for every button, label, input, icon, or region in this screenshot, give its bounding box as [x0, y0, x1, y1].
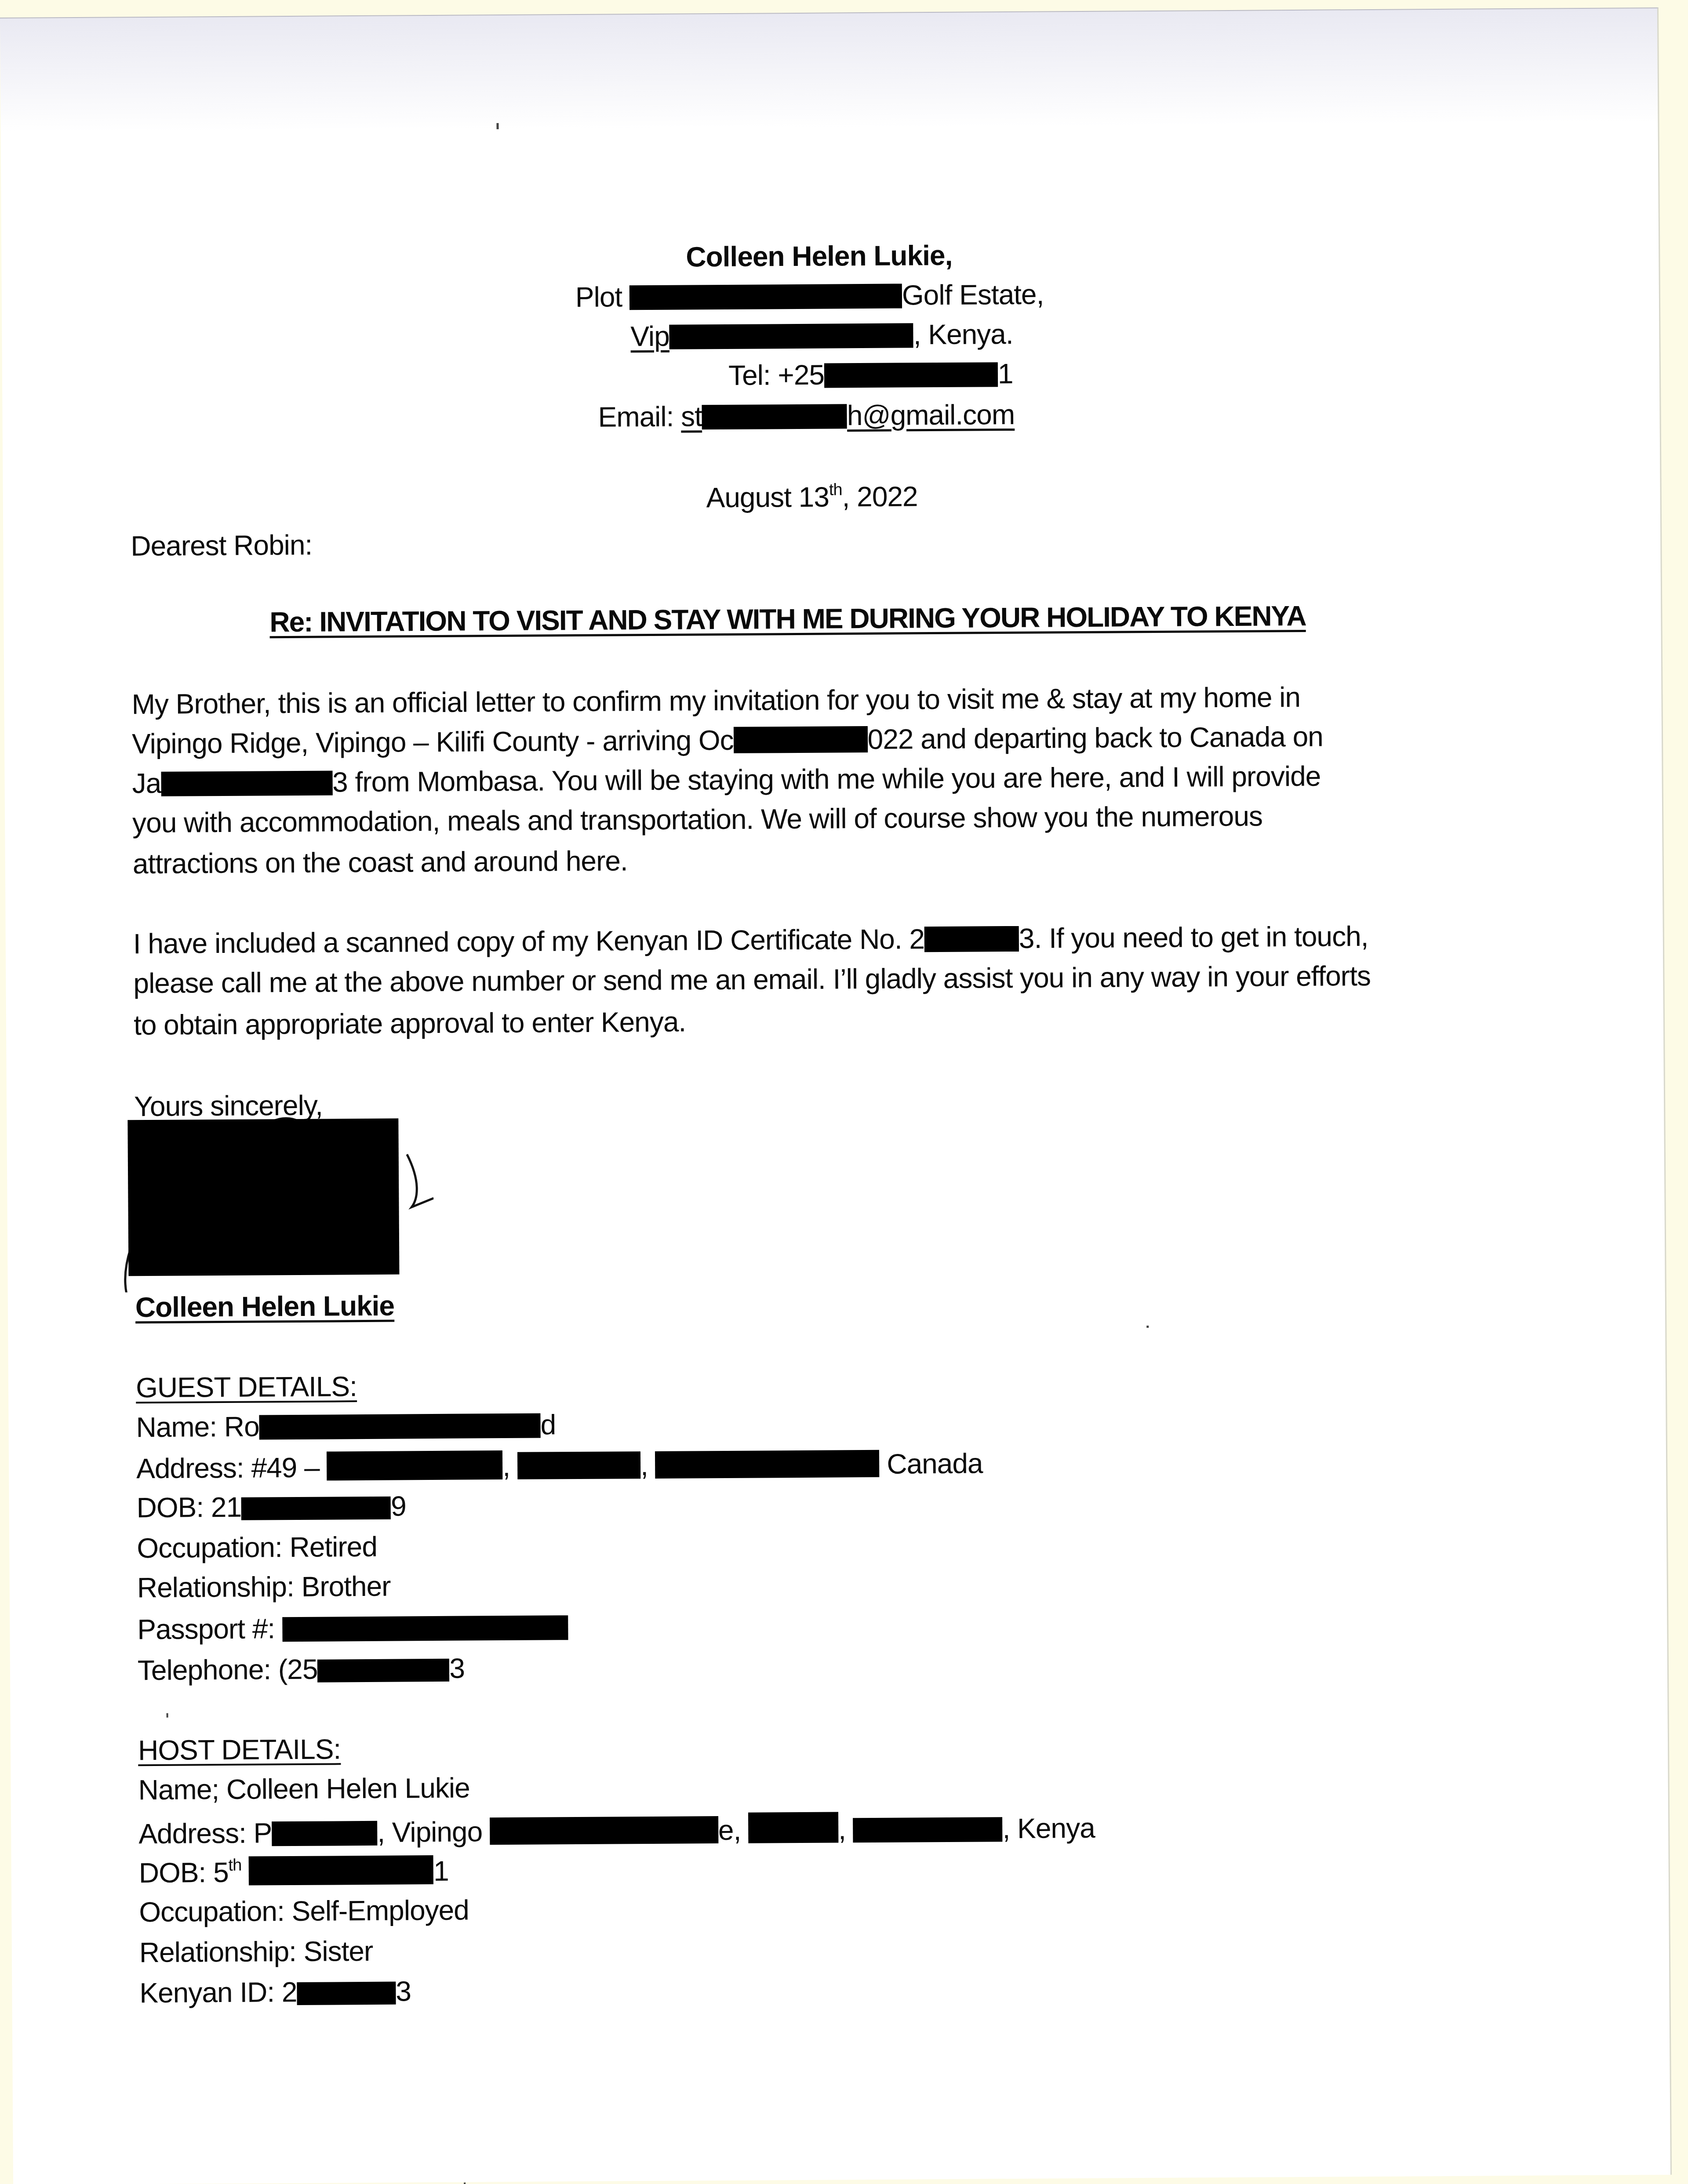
redaction-block: [748, 1812, 838, 1843]
salutation: Dearest Robin:: [131, 531, 312, 560]
redaction-block: [924, 926, 1019, 952]
guest-name: Name: Rod: [136, 1410, 556, 1441]
redaction-block: [629, 283, 902, 310]
redaction-block: [824, 362, 998, 388]
paragraph-2-line-3: to obtain appropriate approval to enter …: [134, 1008, 686, 1039]
guest-address: Address: #49 – , , Canada: [136, 1447, 983, 1483]
host-relationship: Relationship: Sister: [139, 1937, 373, 1966]
paragraph-1-line-4: you with accommodation, meals and transp…: [132, 802, 1262, 837]
redaction-block: [241, 1497, 391, 1520]
redaction-block: [249, 1855, 433, 1886]
sender-address-line-2: Vip, Kenya.: [630, 320, 1013, 350]
redaction-block: [517, 1451, 640, 1479]
letter-date: August 13th, 2022: [706, 482, 918, 512]
guest-dob: DOB: 219: [137, 1492, 406, 1522]
redaction-block: [655, 1450, 879, 1479]
guest-occupation: Occupation: Retired: [137, 1533, 377, 1562]
scan-speck: [1146, 1326, 1149, 1328]
paragraph-2-line-1: I have included a scanned copy of my Ken…: [133, 922, 1368, 958]
host-name: Name; Colleen Helen Lukie: [138, 1774, 469, 1804]
redaction-block: [272, 1821, 377, 1846]
redaction-block: [669, 323, 913, 349]
host-details-heading: HOST DETAILS:: [138, 1735, 341, 1764]
paragraph-1-line-1: My Brother, this is an official letter t…: [131, 683, 1300, 718]
host-kenyan-id: Kenyan ID: 23: [139, 1977, 411, 2007]
redaction-block: [490, 1816, 718, 1845]
subject-line: Re: INVITATION TO VISIT AND STAY WITH ME…: [269, 602, 1306, 636]
paragraph-1-line-3: Ja3 from Mombasa. You will be staying wi…: [132, 762, 1321, 798]
host-occupation: Occupation: Self-Employed: [139, 1896, 469, 1926]
redaction-block: [282, 1615, 568, 1642]
redaction-block: [259, 1414, 541, 1440]
signatory-name: Colleen Helen Lukie: [135, 1292, 395, 1322]
host-dob: DOB: 5th 1: [139, 1855, 449, 1887]
redaction-block: [317, 1659, 449, 1683]
sender-name: Colleen Helen Lukie,: [686, 241, 952, 271]
paragraph-2-line-2: please call me at the above number or se…: [133, 962, 1371, 997]
redaction-block: [733, 726, 867, 753]
redaction-block: [161, 770, 332, 796]
sender-email: Email: sth@gmail.com: [598, 400, 1015, 431]
paragraph-1-line-5: attractions on the coast and around here…: [133, 847, 628, 878]
redaction-block: [702, 404, 847, 429]
scanned-letter-page: Colleen Helen Lukie, Plot Golf Estate, V…: [0, 7, 1672, 2184]
guest-telephone: Telephone: (253: [138, 1654, 465, 1685]
host-address: Address: P, Vipingo e, , , Kenya: [138, 1810, 1095, 1848]
email-link[interactable]: sth@gmail.com: [681, 399, 1015, 432]
paragraph-1-line-2: Vipingo Ridge, Vipingo – Kilifi County -…: [132, 723, 1323, 758]
redaction-block: [297, 1982, 396, 2005]
redaction-block: [327, 1450, 502, 1480]
sender-telephone: Tel: +251: [728, 360, 1013, 389]
guest-passport: Passport #:: [137, 1613, 568, 1643]
redaction-block: [853, 1817, 1002, 1842]
scan-speck: [167, 1713, 168, 1718]
scan-speck: [496, 123, 498, 129]
guest-relationship: Relationship: Brother: [137, 1572, 391, 1602]
sender-address-line-1: Plot Golf Estate,: [575, 280, 1044, 312]
guest-details-heading: GUEST DETAILS:: [136, 1372, 357, 1402]
scan-speck: [464, 2183, 466, 2184]
redacted-signature: [127, 1119, 399, 1276]
